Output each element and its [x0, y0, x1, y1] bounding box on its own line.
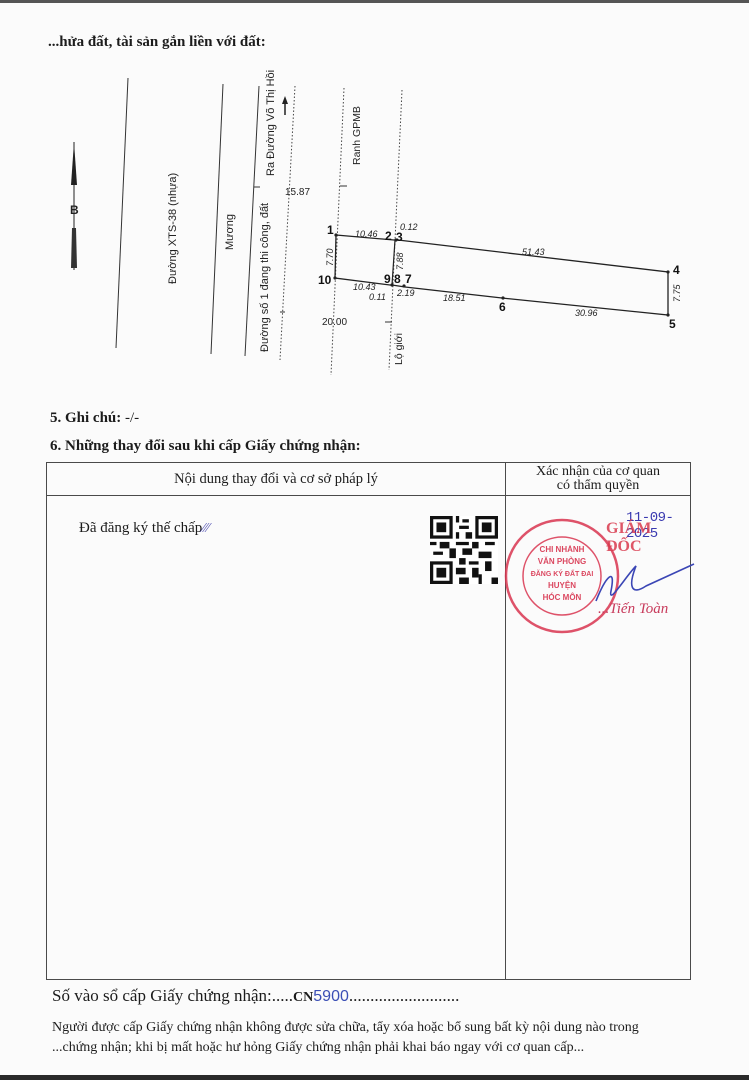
- svg-text:7.70: 7.70: [325, 248, 335, 266]
- page-bottom-edge: [0, 1075, 749, 1080]
- svg-text:Đường số 1 đang thi công, đất: Đường số 1 đang thi công, đất: [259, 203, 271, 352]
- svg-text:10.43: 10.43: [353, 282, 376, 292]
- note-label: 5. Ghi chú:: [50, 410, 121, 426]
- svg-text:2: 2: [385, 229, 392, 243]
- svg-text:10: 10: [318, 273, 332, 287]
- svg-text:Ra Đường Võ Thị Hồi: Ra Đường Võ Thị Hồi: [265, 70, 277, 176]
- svg-text:B: B: [70, 203, 79, 217]
- warning-notice: Người được cấp Giấy chứng nhận không đượ…: [52, 1018, 722, 1058]
- svg-text:3: 3: [396, 230, 403, 244]
- svg-text:9: 9: [384, 272, 391, 286]
- cert-number-label: Số vào sổ cấp Giấy chứng nhận:: [52, 986, 272, 1005]
- north-arrow-icon: B: [70, 142, 79, 270]
- svg-text:15.87: 15.87: [285, 187, 310, 198]
- cert-number-prefix: CN: [293, 990, 313, 1005]
- change-content-cell: Đã đăng ký thế chấp⁄⁄⁄: [47, 496, 506, 980]
- cert-number-value: 5900: [313, 988, 349, 1005]
- svg-text:7: 7: [405, 272, 412, 286]
- signer-name: ...Tiến Toàn: [598, 601, 668, 618]
- land-plot-diagram: B Đường XTS-38 (nhựa) Mương Đường số 1 đ…: [0, 70, 749, 390]
- certificate-number-line: Số vào sổ cấp Giấy chứng nhận:.....CN590…: [52, 986, 459, 1006]
- table-row: Đã đăng ký thế chấp⁄⁄⁄: [47, 496, 691, 980]
- svg-text:1: 1: [327, 223, 334, 237]
- svg-text:Đường XTS-38 (nhựa): Đường XTS-38 (nhựa): [167, 173, 179, 284]
- page-top-edge: [0, 0, 749, 3]
- svg-text:Lộ giới: Lộ giới: [393, 333, 405, 365]
- svg-text:Mương: Mương: [224, 214, 236, 250]
- changes-title: 6. Những thay đổi sau khi cấp Giấy chứng…: [50, 438, 361, 455]
- svg-text:20.00: 20.00: [322, 317, 347, 328]
- note-section: 5. Ghi chú: -/-: [50, 410, 139, 427]
- svg-text:18.51: 18.51: [443, 293, 466, 303]
- svg-text:7.75: 7.75: [672, 283, 682, 302]
- svg-text:0.11: 0.11: [369, 292, 386, 302]
- column-header-confirmation: Xác nhận của cơ quan có thẩm quyền: [506, 463, 691, 496]
- section-heading-land-info: ...hửa đất, tài sản gắn liền với đất:: [48, 34, 266, 51]
- svg-text:8: 8: [394, 272, 401, 286]
- svg-text:5: 5: [669, 317, 676, 331]
- note-value: -/-: [125, 410, 139, 426]
- changes-header-row: Nội dung thay đổi và cơ sở pháp lý Xác n…: [47, 463, 691, 496]
- confirmation-cell: CHI NHÁNH VĂN PHÒNG ĐĂNG KÝ ĐẤT ĐAI HUYỆ…: [506, 496, 691, 980]
- svg-text:7.88: 7.88: [395, 252, 405, 270]
- change-entry: Đã đăng ký thế chấp⁄⁄⁄: [79, 520, 209, 537]
- svg-text:10.46: 10.46: [355, 229, 378, 239]
- svg-text:51.43: 51.43: [522, 247, 545, 257]
- svg-text:30.96: 30.96: [575, 308, 598, 318]
- initials-icon: ⁄⁄⁄: [202, 521, 209, 536]
- svg-text:2.19: 2.19: [396, 288, 415, 298]
- changes-table: Nội dung thay đổi và cơ sở pháp lý Xác n…: [46, 462, 691, 980]
- svg-text:Ranh GPMB: Ranh GPMB: [351, 106, 363, 165]
- svg-text:4: 4: [673, 263, 680, 277]
- svg-text:6: 6: [499, 300, 506, 314]
- column-header-content: Nội dung thay đổi và cơ sở pháp lý: [47, 463, 506, 496]
- svg-text:0.12: 0.12: [400, 222, 418, 232]
- qr-code-icon: [430, 516, 498, 584]
